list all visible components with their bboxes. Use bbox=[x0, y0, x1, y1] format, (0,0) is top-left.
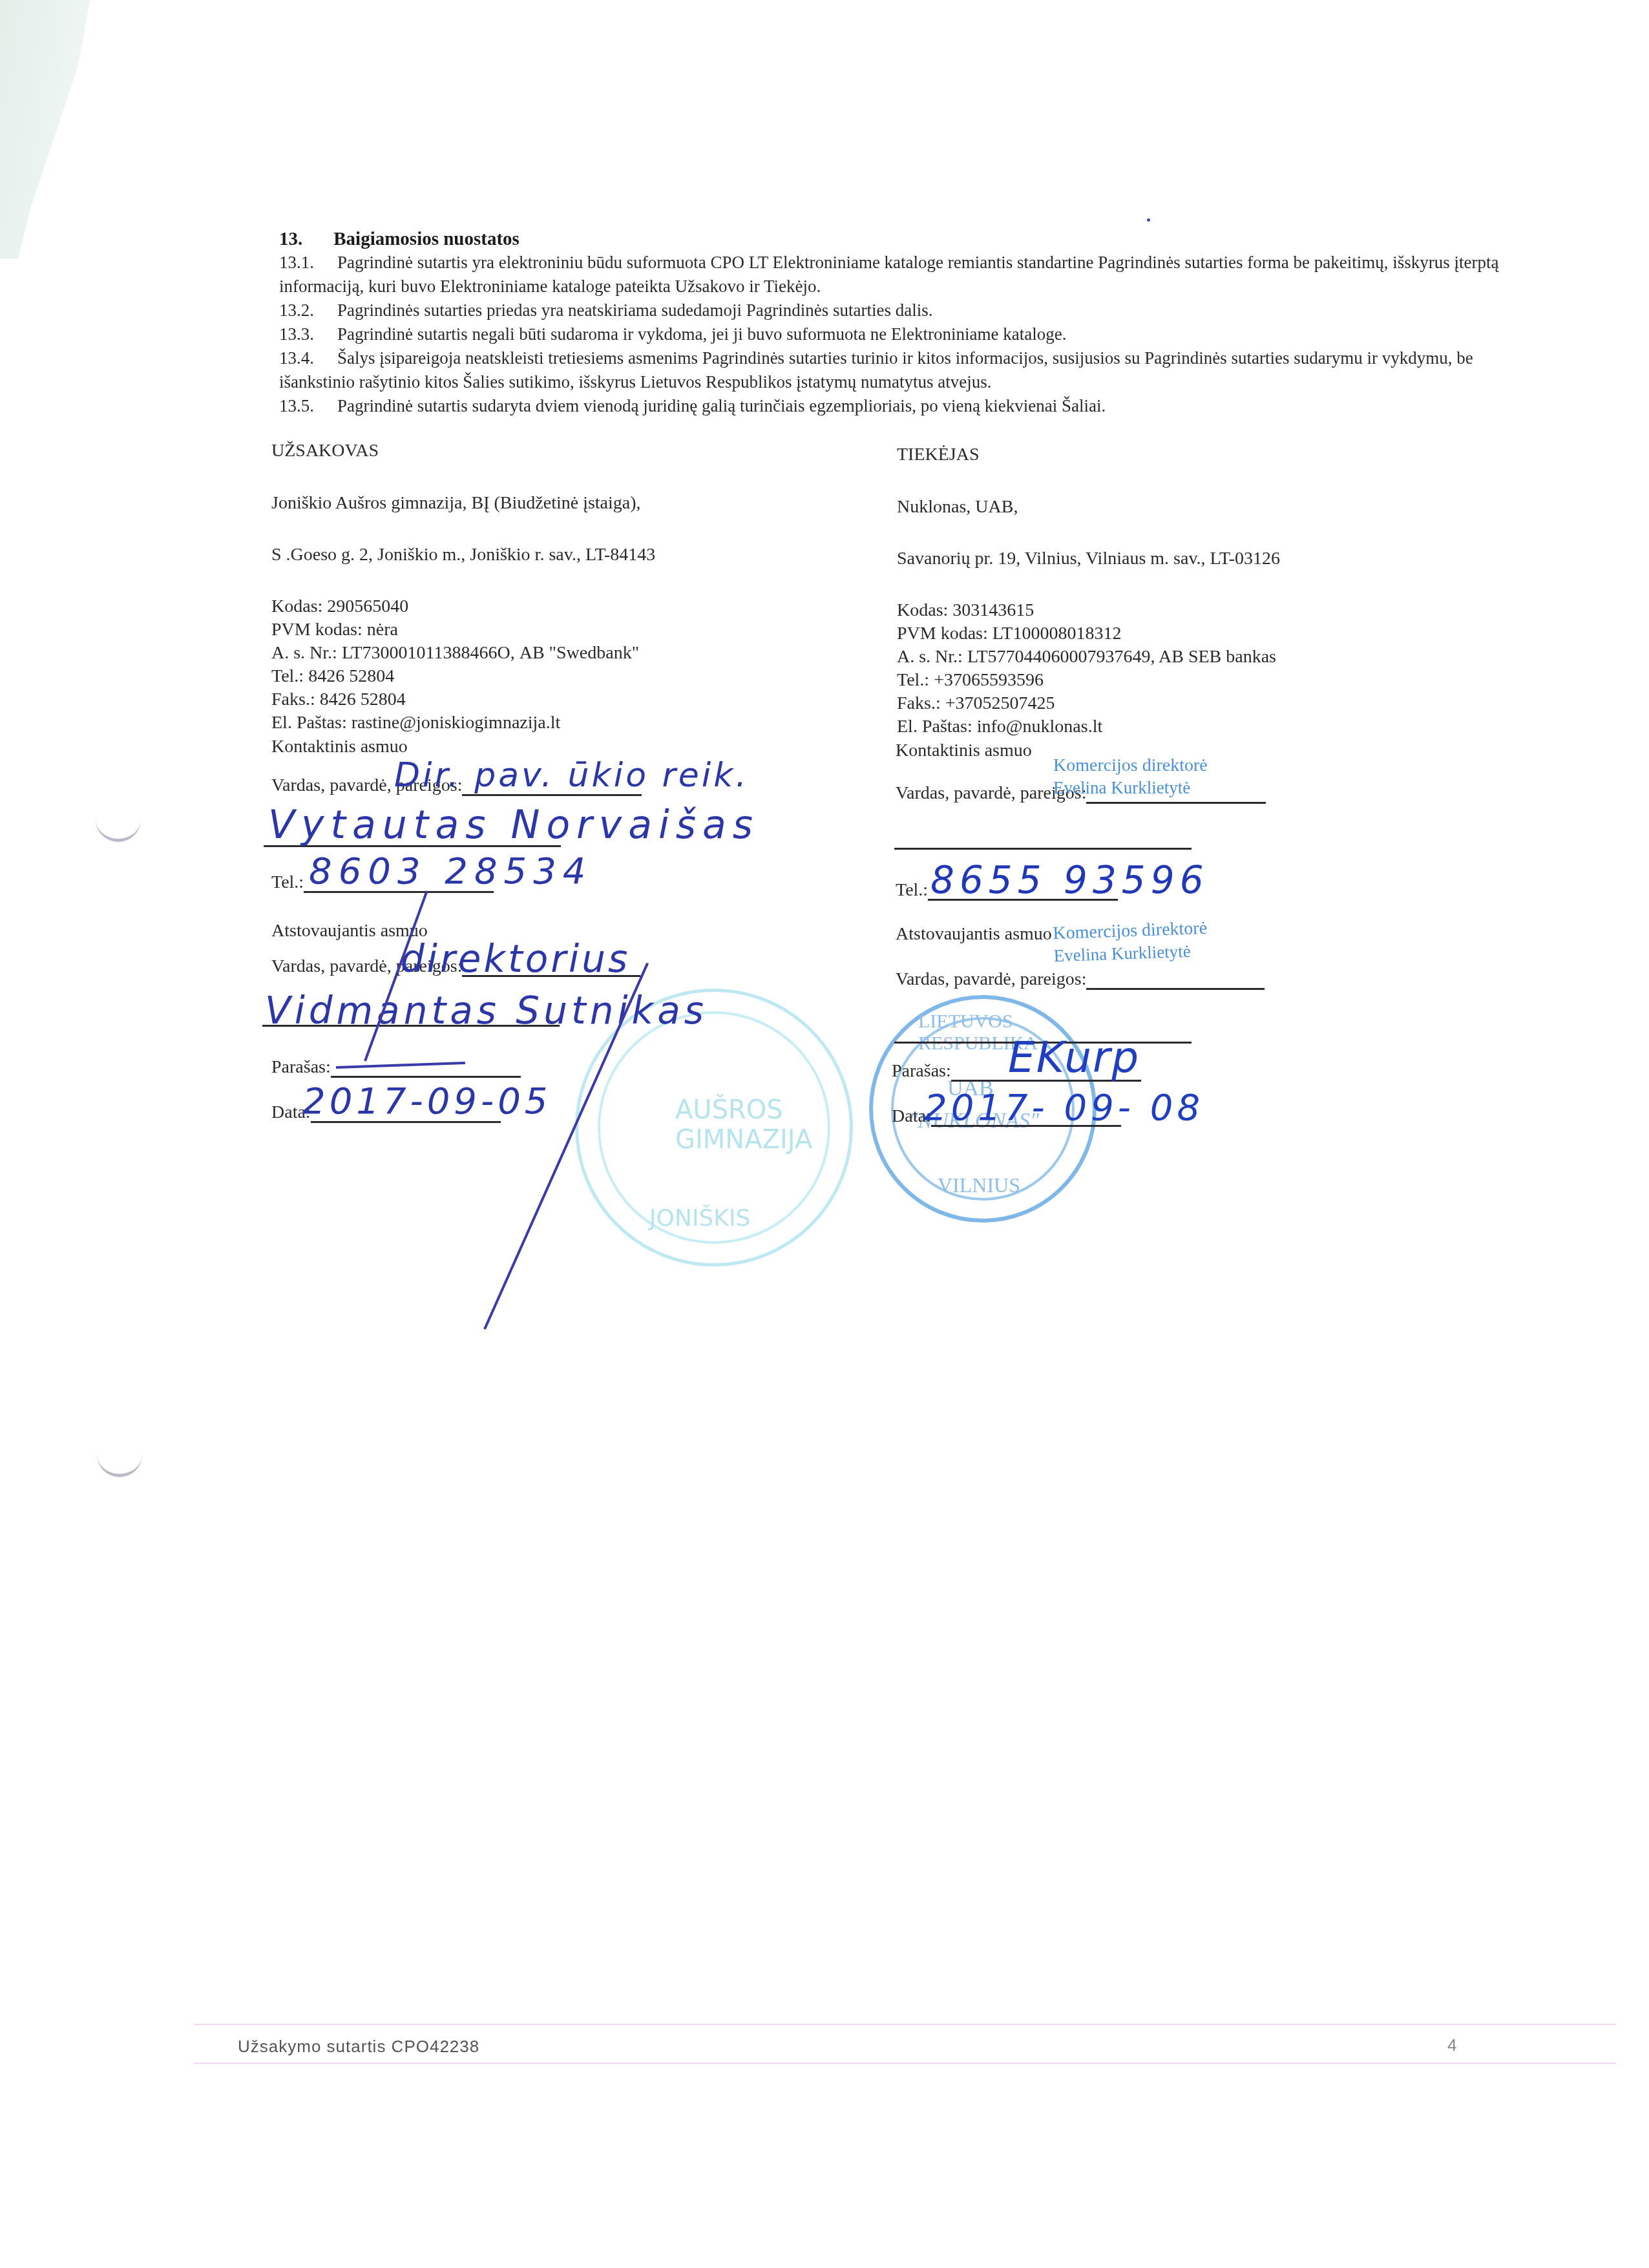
buyer-representative-position-handwritten: direktorius bbox=[401, 937, 630, 981]
field-label: Tel.: bbox=[271, 872, 304, 893]
scanned-page-edge bbox=[0, 0, 116, 258]
supplier-bank-account: A. s. Nr.: LT577044060007937649, AB SEB … bbox=[897, 646, 1478, 669]
supplier-contact-heading: Kontaktinis asmuo bbox=[896, 740, 1032, 761]
supplier-name: Nuklonas, UAB, bbox=[897, 496, 1478, 519]
final-provisions-section: 13. Baigiamosios nuostatos 13.1.Pagrindi… bbox=[279, 227, 1507, 418]
buyer-contact-position-handwritten: Dir. pav. ūkio reik. bbox=[394, 756, 749, 795]
buyer-signature-field[interactable]: Parašas: bbox=[271, 1057, 521, 1078]
supplier-fax: Faks.: +37052507425 bbox=[897, 692, 1478, 715]
supplier-signature-handwritten: EKurp bbox=[1008, 1033, 1140, 1082]
clause-13-1: 13.1.Pagrindinė sutartis yra elektronini… bbox=[279, 251, 1507, 299]
buyer-phone: Tel.: 8426 52804 bbox=[271, 665, 853, 688]
supplier-representative-heading: Atstovaujantis asmuo bbox=[896, 924, 1052, 945]
supplier-role: TIEKĖJAS bbox=[897, 443, 1478, 467]
buyer-vat: PVM kodas: nėra bbox=[271, 618, 853, 642]
supplier-phone: Tel.: +37065593596 bbox=[897, 669, 1478, 692]
section-number: 13. bbox=[279, 227, 302, 251]
buyer-bank-account: A. s. Nr.: LT730001011388466О, AB "Swedb… bbox=[271, 642, 853, 665]
supplier-code: Kodas: 303143615 bbox=[897, 599, 1478, 622]
field-label: Parašas: bbox=[892, 1061, 951, 1082]
ink-speck bbox=[1147, 218, 1150, 222]
supplier-representative-stamp: Komercijos direktorė Evelina Kurklietytė bbox=[1053, 918, 1208, 967]
scan-artifact-line bbox=[194, 2024, 1615, 2025]
buyer-contact-heading: Kontaktinis asmuo bbox=[271, 737, 408, 757]
clause-13-3: 13.3.Pagrindinė sutartis negali būti sud… bbox=[279, 322, 1507, 346]
buyer-contact-phone-handwritten: 8603 28534 bbox=[309, 850, 592, 892]
supplier-vat: PVM kodas: LT100008018312 bbox=[897, 622, 1478, 646]
hole-punch-mark bbox=[97, 1451, 142, 1477]
supplier-contact-phone-handwritten: 8655 93596 bbox=[930, 858, 1209, 902]
footer-page-number: 4 bbox=[1447, 2035, 1456, 2055]
buyer-address: S .Goeso g. 2, Joniškio m., Joniškio r. … bbox=[271, 543, 853, 567]
supplier-details: TIEKĖJAS Nuklonas, UAB, Savanorių pr. 19… bbox=[897, 443, 1478, 739]
field-label: Parašas: bbox=[271, 1057, 331, 1078]
supplier-representative-name-field[interactable]: Vardas, pavardė, pareigos: bbox=[896, 969, 1265, 990]
buyer-contact-name-handwritten: Vytautas Norvaišas bbox=[268, 803, 759, 848]
hole-punch-mark bbox=[96, 815, 141, 842]
clause-13-2: 13.2.Pagrindinės sutarties priedas yra n… bbox=[279, 299, 1507, 322]
clause-13-4: 13.4.Šalys įsipareigoja neatskleisti tre… bbox=[279, 346, 1507, 394]
buyer-representative-name-handwritten: Vidmantas Sutnikas bbox=[265, 989, 708, 1033]
supplier-date-handwritten: 2017- 09- 08 bbox=[924, 1087, 1204, 1129]
buyer-code: Kodas: 290565040 bbox=[271, 595, 853, 618]
buyer-email: El. Paštas: rastine@joniskiogimnazija.lt bbox=[271, 711, 853, 735]
buyer-name: Joniškio Aušros gimnazija, BĮ (Biudžetin… bbox=[271, 492, 853, 515]
footer-document-reference: Užsakymo sutartis CPO42238 bbox=[238, 2037, 479, 2057]
supplier-address: Savanorių pr. 19, Vilnius, Vilniaus m. s… bbox=[897, 547, 1478, 571]
field-label: Tel.: bbox=[896, 880, 928, 901]
supplier-email: El. Paštas: info@nuklonas.lt bbox=[897, 715, 1478, 739]
buyer-date-handwritten: 2017-09-05 bbox=[302, 1080, 551, 1122]
supplier-contact-name-line2 bbox=[894, 848, 1192, 850]
buyer-details: UŽSAKOVAS Joniškio Aušros gimnazija, BĮ … bbox=[271, 439, 853, 735]
supplier-contact-stamp: Komercijos direktorė Evelina Kurklietytė bbox=[1053, 755, 1208, 799]
section-title: Baigiamosios nuostatos bbox=[333, 227, 520, 251]
clause-13-5: 13.5.Pagrindinė sutartis sudaryta dviem … bbox=[279, 394, 1507, 418]
scan-artifact-line bbox=[194, 2063, 1615, 2064]
field-label: Vardas, pavardė, pareigos: bbox=[896, 969, 1086, 990]
buyer-role: UŽSAKOVAS bbox=[271, 439, 853, 463]
section-heading: 13. Baigiamosios nuostatos bbox=[279, 227, 1507, 251]
buyer-fax: Faks.: 8426 52804 bbox=[271, 688, 853, 711]
